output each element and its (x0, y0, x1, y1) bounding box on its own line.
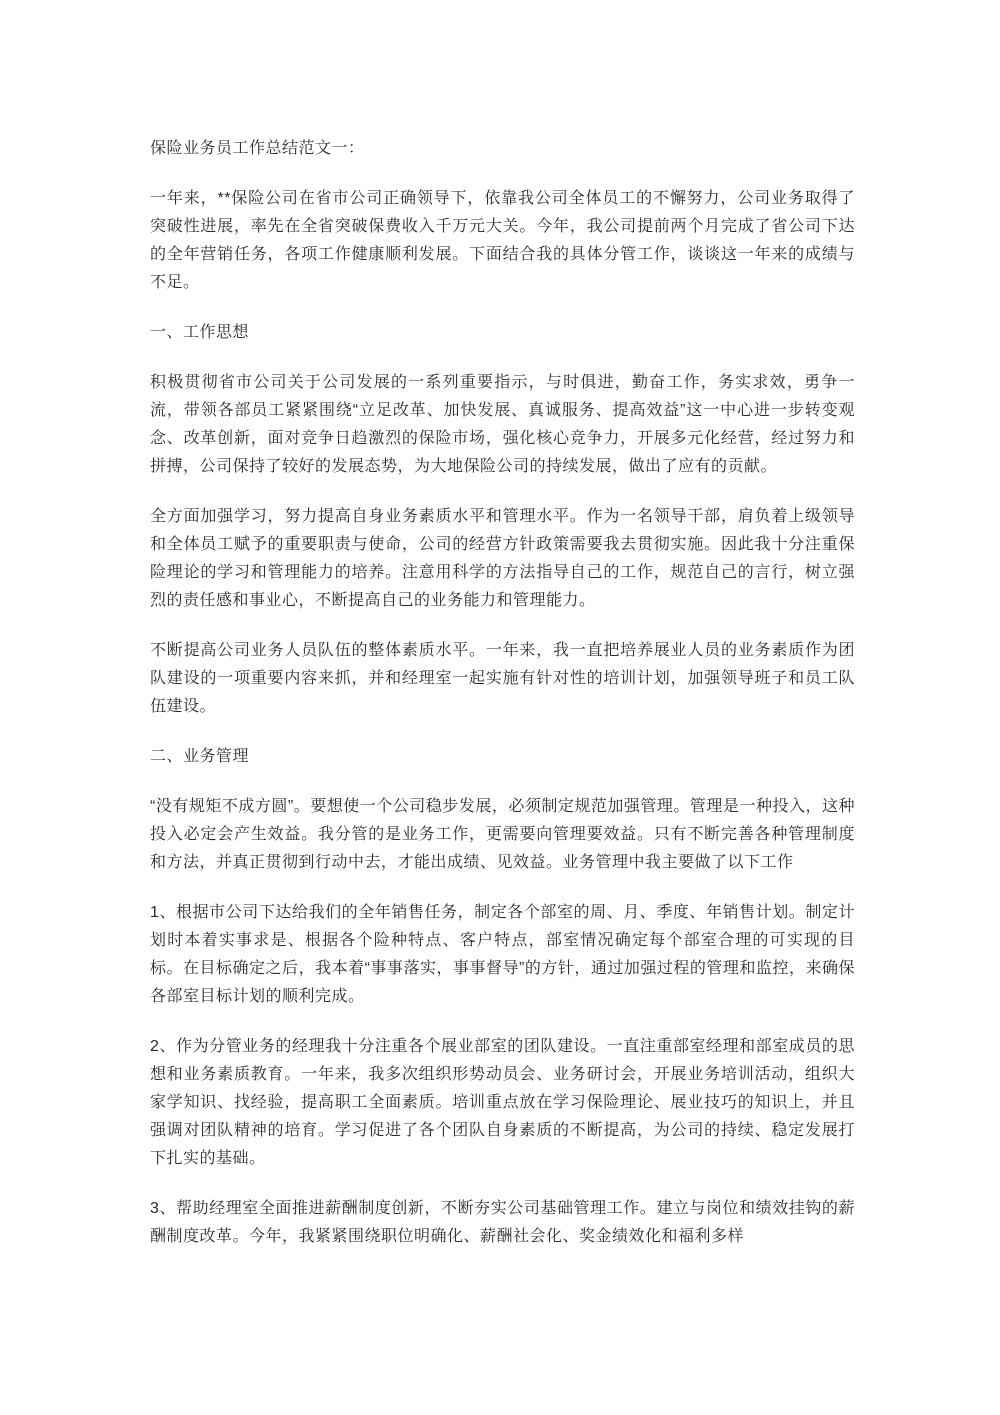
document-title: 保险业务员工作总结范文一： (150, 135, 855, 163)
list-item-2: 2、作为分管业务的经理我十分注重各个展业部室的团队建设。一直注重部室经理和部室成… (150, 1033, 855, 1173)
section-1-paragraph-1: 积极贯彻省市公司关于公司发展的一系列重要指示，与时俱进，勤奋工作，务实求效，勇争… (150, 369, 855, 481)
document-page: 保险业务员工作总结范文一： 一年来，**保险公司在省市公司正确领导下，依靠我公司… (0, 0, 1000, 1415)
list-item-3: 3、帮助经理室全面推进薪酬制度创新，不断夯实公司基础管理工作。建立与岗位和绩效挂… (150, 1195, 855, 1251)
section-1-heading: 一、工作思想 (150, 319, 855, 347)
intro-paragraph: 一年来，**保险公司在省市公司正确领导下，依靠我公司全体员工的不懈努力，公司业务… (150, 185, 855, 297)
list-item-1: 1、根据市公司下达给我们的全年销售任务，制定各个部室的周、月、季度、年销售计划。… (150, 899, 855, 1011)
section-1-paragraph-3: 不断提高公司业务人员队伍的整体素质水平。一年来，我一直把培养展业人员的业务素质作… (150, 637, 855, 721)
section-2-heading: 二、业务管理 (150, 743, 855, 771)
section-2-paragraph-1: “没有规矩不成方圆”。要想使一个公司稳步发展，必须制定规范加强管理。管理是一种投… (150, 793, 855, 877)
section-1-paragraph-2: 全方面加强学习，努力提高自身业务素质水平和管理水平。作为一名领导干部，肩负着上级… (150, 503, 855, 615)
